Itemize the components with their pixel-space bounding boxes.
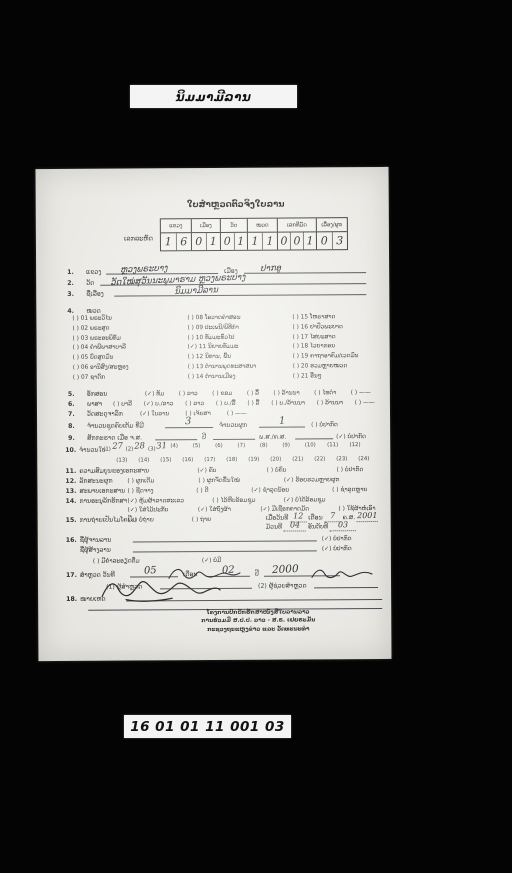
row-number: 8. xyxy=(68,423,75,430)
leaf-count-slot: (12) xyxy=(349,442,371,452)
code-header: ເລື່ອງ/ຜູກ xyxy=(317,218,347,232)
buddhist-era-label: ພ.ສ./ຄ.ສ. xyxy=(259,434,286,441)
checkbox-option: (✓) ບໍ່ມີ xyxy=(202,558,221,564)
leaf-count-handwritten: 28 xyxy=(134,441,145,452)
survey-day-handwritten: 05 xyxy=(144,565,157,577)
footer-ministry: ກະຊວງຖະແຫຼງຂ່າວ ແລະ ວັດທະນະທຳ xyxy=(128,625,388,635)
assistant-surveyor-label: (2) ຜູ້ຊ່ວຍສຳຫຼວດ xyxy=(258,582,307,589)
film-day-handwritten: 12 xyxy=(293,511,303,520)
row-number: 6. xyxy=(68,401,75,408)
leaf-count-slot: (6) xyxy=(215,443,237,453)
era-label: ສັກກະຣາດ ເມື່ອ ຈ.ສ. xyxy=(87,434,142,441)
row-number: 5. xyxy=(68,391,75,398)
category-checkbox-option: (✓) 11 ນິຍາຍທັມມະ xyxy=(188,343,257,353)
leaf-count-handwritten: 31 xyxy=(156,441,167,452)
code-table: ແຂວງ16 ເມືອງ01 ວັດ01 ໝວດ11 ເລກທີມັດ001 ເ… xyxy=(160,217,348,251)
category-checkbox-option: ( ) 19 ຄາຖາອາຄົມ/ເວດມົນ xyxy=(293,352,359,362)
category-checkbox-option: ( ) 05 ບົດສູດມົນ xyxy=(73,354,129,364)
leaf-count-slot: (9) xyxy=(282,442,304,452)
category-checkbox-option: ( ) 07 ຊາດົກ xyxy=(73,373,129,383)
category-checkbox-option: ( ) 17 ໄສຍະສາດ xyxy=(293,333,359,343)
fascicle-count-label: ຈຳນວນຜູກ xyxy=(219,422,247,429)
code-digit: 0 xyxy=(192,233,206,250)
code-header: ເມືອງ xyxy=(192,219,220,233)
leaf-count-slot: (20) xyxy=(270,457,292,463)
category-checkbox-option: ( ) 08 ໂອວາດຄຳສອນ xyxy=(187,314,256,324)
category-checkbox-option: ( ) 01 ພຣະວິໄນ xyxy=(72,315,128,325)
leaf-count-slot: (16) xyxy=(182,457,204,463)
leaf-count-slot: (7) xyxy=(238,443,260,453)
film-roll-handwritten: 04 xyxy=(290,520,300,529)
checkbox-option: ( ) ບໍ່ປາກົດ xyxy=(311,422,338,428)
checkbox-option: (✓) ບໍ່ປາກົດ xyxy=(322,546,352,552)
leaf-count-slot: (10) xyxy=(305,442,327,452)
leaf-count-slot: (3)31 xyxy=(148,443,170,453)
category-checkbox-option: ( ) 18 ໄວຍາກອນ xyxy=(293,343,359,353)
row-number: 1. xyxy=(67,269,74,276)
code-digit: 3 xyxy=(331,232,347,249)
leaf-count-slot: (13) xyxy=(116,457,138,463)
category-checkbox-option: ( ) 21 ອື່ນໆ xyxy=(293,372,359,382)
category-checkbox-option: ( ) 14 ຕຳນານເມືອງ xyxy=(188,373,257,383)
fascicle-count-handwritten: 1 xyxy=(279,415,286,426)
leaf-count-slot: (17) xyxy=(204,457,226,463)
code-header: ໝວດ xyxy=(248,219,277,233)
district-handwritten: ປາກອູ xyxy=(260,263,281,274)
code-digit: 1 xyxy=(233,233,247,250)
row-number: 7. xyxy=(68,411,75,418)
wat-label: ວັດ xyxy=(86,280,94,287)
row-extra-details: ( ) ມີຄຳລະອຽດຕື່ມ (✓) ບໍ່ມີ xyxy=(38,553,391,565)
leaf-count-slot: (1)27 xyxy=(103,444,125,454)
category-checkbox-option: ( ) 04 ຄຳພີພາສາບາລີ xyxy=(73,344,129,354)
row-number: 9. xyxy=(68,435,75,442)
leaf-count-slot: (19) xyxy=(248,457,270,463)
code-header: ແຂວງ xyxy=(161,219,191,233)
checkbox-option: ( ) ມີຄຳລະອຽດຕື່ມ xyxy=(93,558,140,564)
leaf-count-handwritten: 27 xyxy=(112,441,123,452)
survey-year-label: ປີ xyxy=(255,571,259,578)
leaf-count-slot: (21) xyxy=(292,456,314,462)
category-checkbox-option: ( ) 06 ອານິສົງ/ສະຫຼອງ xyxy=(73,364,129,374)
code-header: ເລກທີມັດ xyxy=(278,218,316,232)
category-checkbox-option: ( ) 16 ຢາປົວພະຍາດ xyxy=(292,323,358,333)
code-digit: 0 xyxy=(290,232,303,249)
leaf-count-slot: (2)28 xyxy=(126,443,148,453)
leaf-count-slot: (14) xyxy=(138,457,160,463)
leaf-count-slot: (5) xyxy=(193,443,215,453)
leaf-count-slot: (4) xyxy=(170,443,192,453)
row-number: 4. xyxy=(67,308,74,315)
leaf-count-slot: (11) xyxy=(327,442,349,452)
checkbox-option: (✓) ໃບລານ xyxy=(140,411,169,417)
year-label: ປີ xyxy=(202,434,206,441)
survey-form-page: ໃບສຳຫຼວດຕົວຈິງໃບລານ ເລກລະຫັດ ແຂວງ16 ເມືອ… xyxy=(36,167,392,661)
code-digit: 0 xyxy=(278,233,290,250)
row-story-title: 3. ຊື່ເລື່ອງ ນິມມາມີລານ xyxy=(36,286,389,298)
story-title-handwritten: ນິມມາມີລານ xyxy=(174,285,218,297)
row-set-count: 8. ຈຳນວນຊຸດຄົບເຕັມ ທີ່ມີ 3 ຈຳນວນຜູກ 1 ( … xyxy=(37,418,390,430)
leaf-count-slot: (22) xyxy=(314,456,336,462)
category-checkbox-option: ( ) 12 ນິທານ, ພື້ນ xyxy=(188,353,257,363)
story-title-label: ຊື່ເລື່ອງ xyxy=(86,291,104,298)
manuscript-title-strip: ນິມມາມີລານ xyxy=(130,85,297,108)
category-checkbox-option: ( ) 03 ພຣະອະພິທັມ xyxy=(73,334,129,344)
province-handwritten: ຫຼວງພຣະບາງ xyxy=(120,263,168,275)
row-number: 3. xyxy=(67,291,74,298)
category-checkbox-option: ( ) 15 ໂຫຣາສາດ xyxy=(292,313,358,323)
category-checkbox-option: ( ) 20 ຮວມຫຼາຍໝວດ xyxy=(293,362,359,372)
code-digit: 1 xyxy=(248,233,262,250)
checkbox-option: ( ) —— xyxy=(227,411,247,417)
film-month-handwritten: 7 xyxy=(330,511,335,520)
remarks-handwriting-scrawl xyxy=(98,576,224,603)
row-era-date: 9. ສັກກະຣາດ ເມື່ອ ຈ.ສ. ປີ ພ.ສ./ຄ.ສ. (✓) … xyxy=(37,430,390,442)
microfilm-roll: ມ້ວນທີ 04 ອັນດັບທີ 03 xyxy=(266,521,356,532)
sponsor-label: ຊື່ຜູ້ສ້າງລານ xyxy=(80,547,111,554)
checkbox-option: (✓) ບໍ່ປາກົດ xyxy=(336,434,366,440)
set-count-label: ຈຳນວນຊຸດຄົບເຕັມ ທີ່ມີ xyxy=(87,422,144,429)
leaf-count-slot: (24) xyxy=(358,456,380,462)
code-digit: 1 xyxy=(262,233,277,250)
leaf-count-slot: (15) xyxy=(160,457,182,463)
row-number: 2. xyxy=(67,280,74,287)
code-number-strip: 16 01 01 11 001 03 xyxy=(124,715,291,738)
code-digit: 0 xyxy=(317,232,332,249)
row-number: 17. xyxy=(66,572,77,579)
material-label: ວັດສະດຸຈາລຶກ xyxy=(87,411,123,418)
survey-year-handwritten: 2000 xyxy=(272,563,299,576)
leaf-count-slot: (8) xyxy=(260,443,282,453)
form-title: ໃບສຳຫຼວດຕົວຈິງໃບລານ xyxy=(116,199,356,210)
code-digit: 1 xyxy=(161,233,176,250)
province-label: ແຂວງ xyxy=(86,269,101,276)
code-header: ວັດ xyxy=(221,219,247,233)
form-footer: ໂຄງການປົກປັກຮັກສາໜັງສືໃບລານລາວ ການຮ່ວມມື… xyxy=(128,608,388,635)
code-digit: 6 xyxy=(175,233,191,250)
category-checkbox-option: ( ) 09 ປະເພນີ/ພິທີກຳ xyxy=(187,324,256,334)
code-label: ເລກລະຫັດ xyxy=(124,234,153,242)
set-count-handwritten: 3 xyxy=(185,416,192,427)
row-material: 7. ວັດສະດຸຈາລຶກ (✓) ໃບລານ( ) ເຈ້ຍສາ( ) —… xyxy=(37,406,390,418)
leaf-count-slot: (23) xyxy=(336,456,358,462)
leaf-count-slot: (18) xyxy=(226,457,248,463)
code-digit: 1 xyxy=(205,233,220,250)
category-checkbox-option: ( ) 10 ທັມມະທົ່ວໄປ xyxy=(188,333,257,343)
film-year-handwritten: 2001 xyxy=(357,511,377,520)
assistant-signature xyxy=(310,566,374,581)
category-checkbox-option: ( ) 13 ຕຳນານພຸດທະສາສນາ xyxy=(188,363,257,373)
code-digit: 1 xyxy=(303,232,316,249)
category-checkbox-option: ( ) 02 ພຣະສູດ xyxy=(72,324,128,334)
film-sequence-handwritten: 03 xyxy=(338,520,348,529)
code-digit: 0 xyxy=(221,233,234,250)
